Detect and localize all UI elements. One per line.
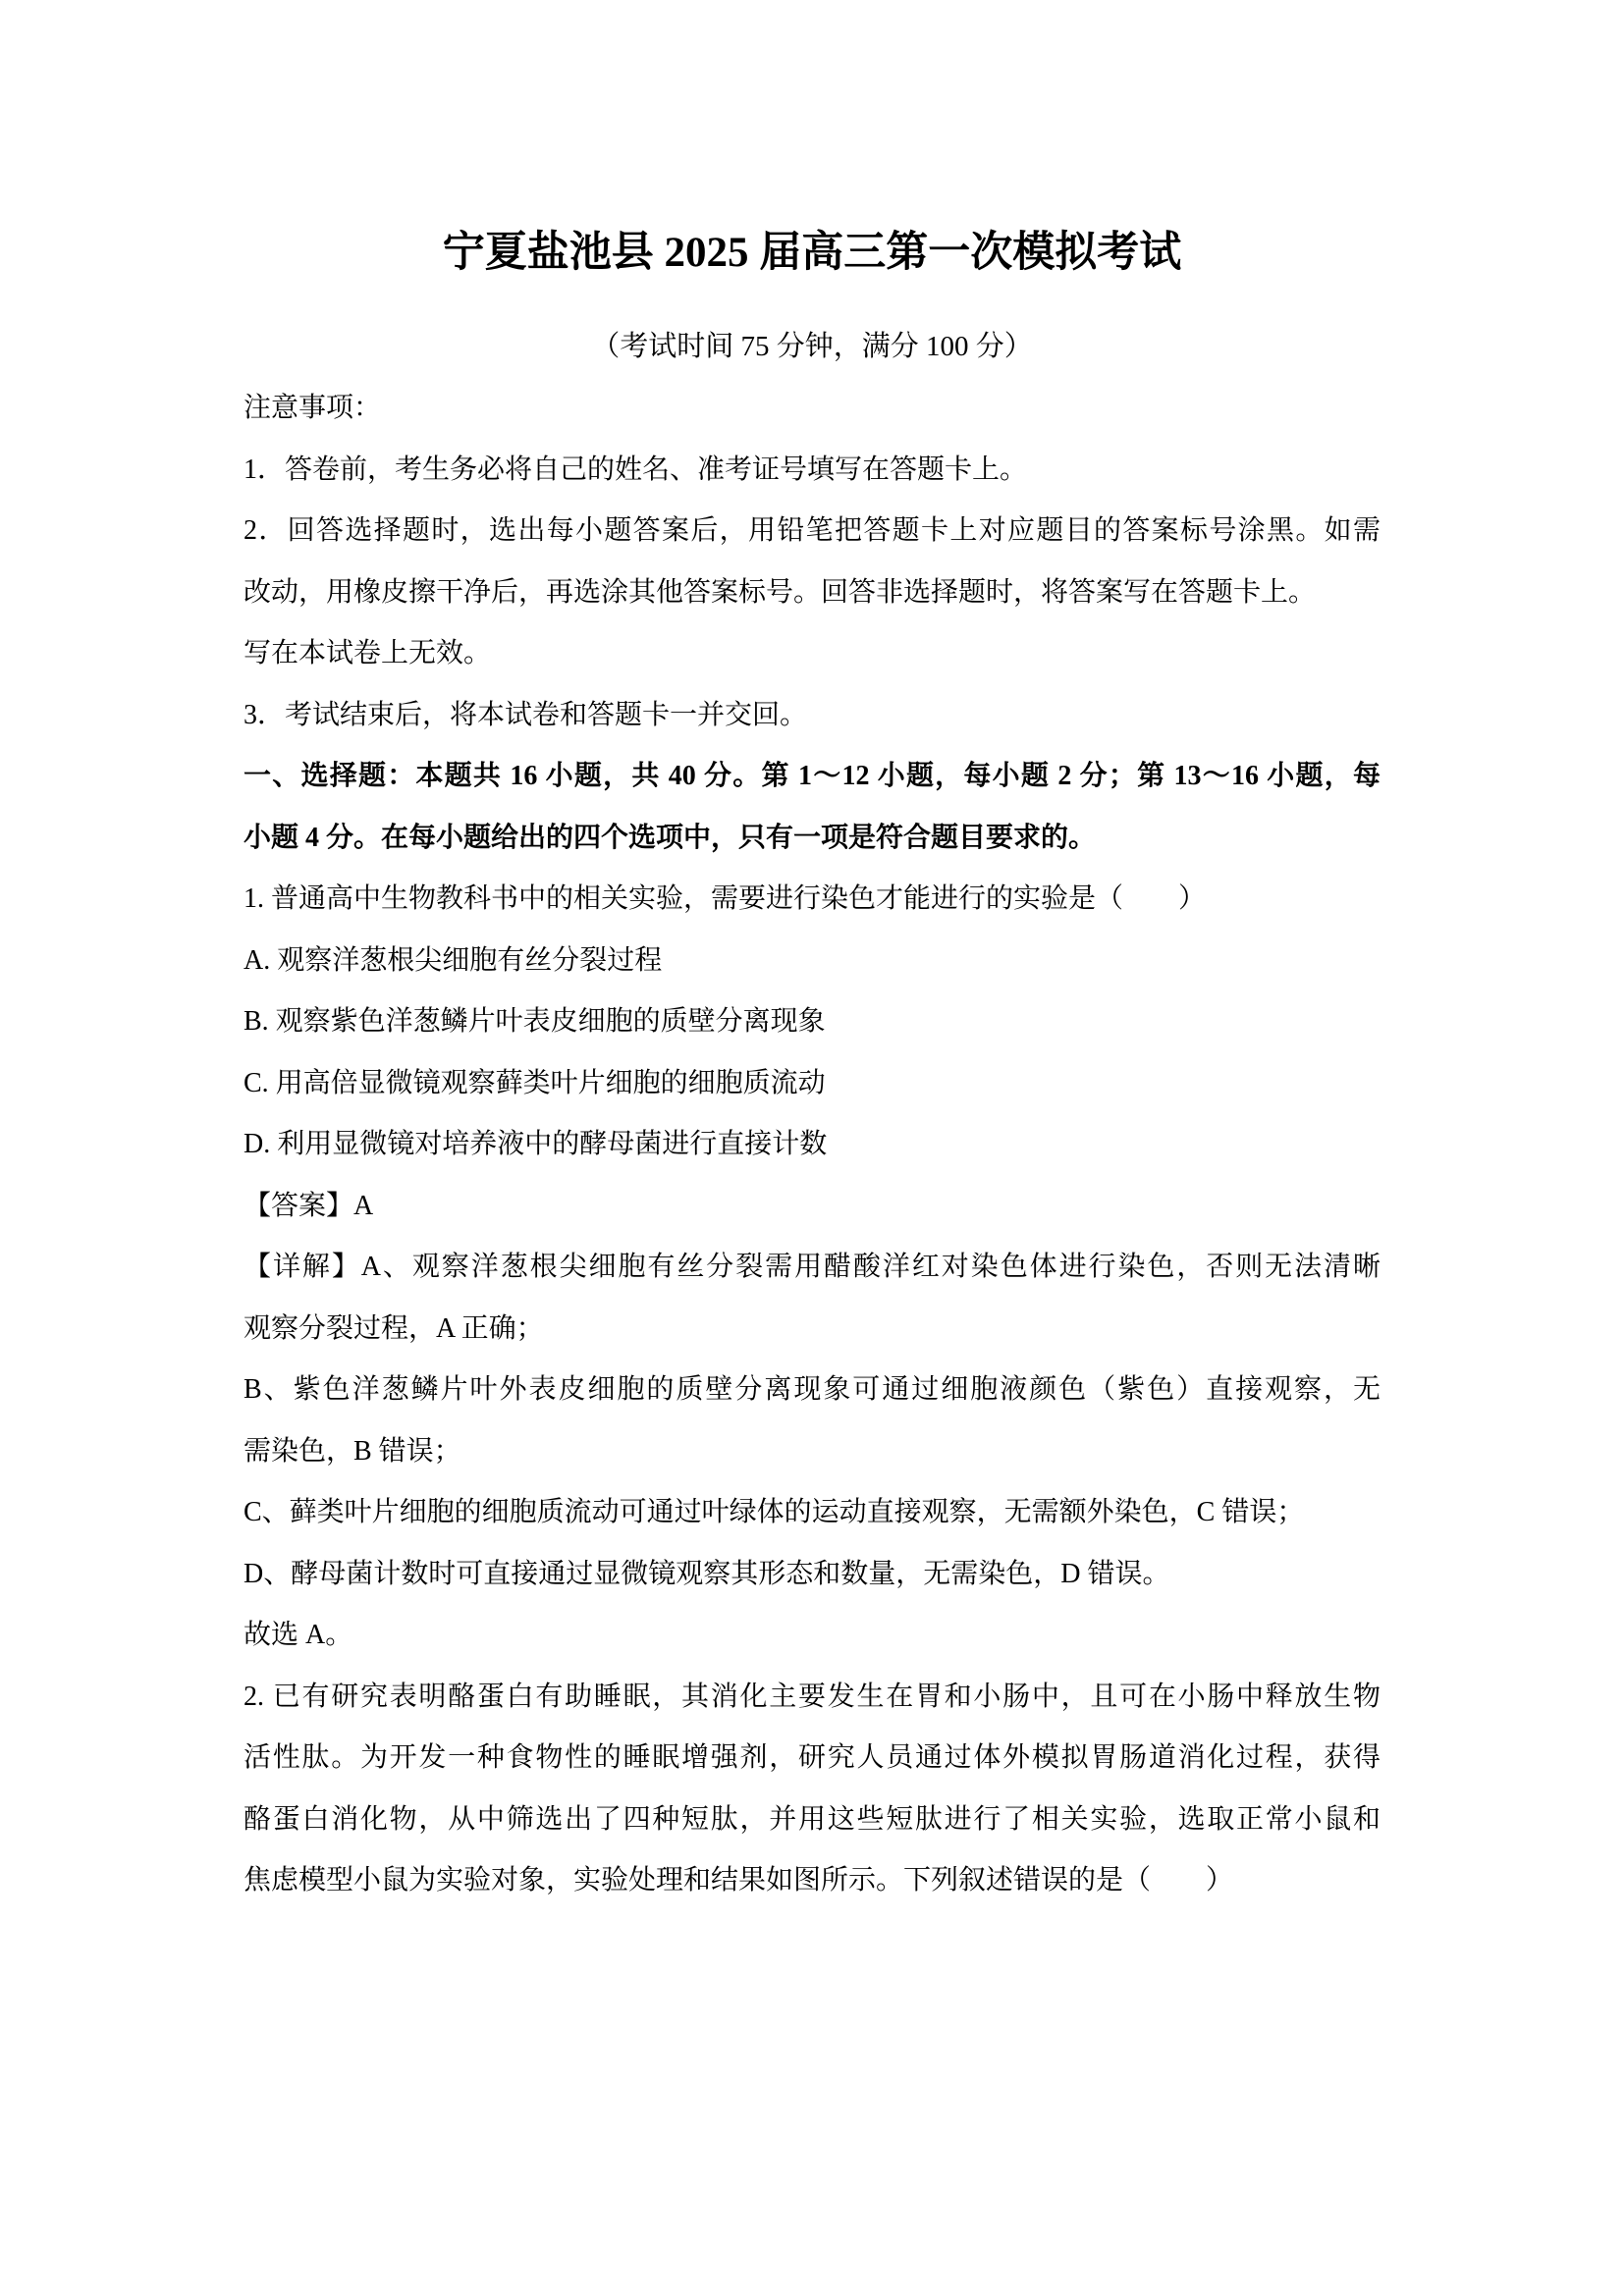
text-line: B. 观察紫色洋葱鳞片叶表皮细胞的质壁分离现象 [244, 1002, 1380, 1064]
text-line: 1．答卷前，考生务必将自己的姓名、准考证号填写在答题卡上。 [244, 451, 1380, 512]
text-line: 写在本试卷上无效。 [244, 634, 1380, 696]
exam-title: 宁夏盐池县 2025 届高三第一次模拟考试 [244, 228, 1380, 279]
text-line: 注意事项： [244, 389, 1380, 451]
text-line: 观察分裂过程，A 正确； [244, 1309, 1380, 1371]
text-line: D、酵母菌计数时可直接通过显微镜观察其形态和数量，无需染色，D 错误。 [244, 1555, 1380, 1617]
text-line: 【答案】A [244, 1187, 1380, 1249]
text-line: C、藓类叶片细胞的细胞质流动可通过叶绿体的运动直接观察，无需额外染色，C 错误； [244, 1493, 1380, 1555]
text-line: 改动，用橡皮擦干净后，再选涂其他答案标号。回答非选择题时，将答案写在答题卡上。 [244, 573, 1380, 635]
text-line: 故选 A。 [244, 1616, 1380, 1678]
document-page: 宁夏盐池县 2025 届高三第一次模拟考试 （考试时间 75 分钟，满分 100… [0, 0, 1624, 2296]
text-line: 2. 已有研究表明酪蛋白有助睡眠，其消化主要发生在胃和小肠中，且可在小肠中释放生… [244, 1678, 1380, 1739]
text-line: 焦虑模型小鼠为实验对象，实验处理和结果如图所示。下列叙述错误的是（ ） [244, 1861, 1380, 1923]
text-line: 活性肽。为开发一种食物性的睡眠增强剂，研究人员通过体外模拟胃肠道消化过程，获得 [244, 1738, 1380, 1800]
text-line: B、紫色洋葱鳞片叶外表皮细胞的质壁分离现象可通过细胞液颜色（紫色）直接观察，无 [244, 1370, 1380, 1432]
exam-info: （考试时间 75 分钟，满分 100 分） [244, 330, 1380, 364]
text-line: D. 利用显微镜对培养液中的酵母菌进行直接计数 [244, 1125, 1380, 1187]
text-line: 3．考试结束后，将本试卷和答题卡一并交回。 [244, 696, 1380, 758]
text-line: 2．回答选择题时，选出每小题答案后，用铅笔把答题卡上对应题目的答案标号涂黑。如需 [244, 511, 1380, 573]
text-line: 小题 4 分。在每小题给出的四个选项中，只有一项是符合题目要求的。 [244, 819, 1380, 881]
text-line: 一、选择题：本题共 16 小题，共 40 分。第 1～12 小题，每小题 2 分… [244, 757, 1380, 819]
text-line: 【详解】A、观察洋葱根尖细胞有丝分裂需用醋酸洋红对染色体进行染色，否则无法清晰 [244, 1248, 1380, 1309]
text-line: 酪蛋白消化物，从中筛选出了四种短肽，并用这些短肽进行了相关实验，选取正常小鼠和 [244, 1800, 1380, 1862]
text-line: C. 用高倍显微镜观察藓类叶片细胞的细胞质流动 [244, 1064, 1380, 1126]
text-line: 需染色，B 错误； [244, 1432, 1380, 1494]
text-line: 1. 普通高中生物教科书中的相关实验，需要进行染色才能进行的实验是（ ） [244, 880, 1380, 941]
text-line: A. 观察洋葱根尖细胞有丝分裂过程 [244, 941, 1380, 1003]
document-lines: 注意事项：1．答卷前，考生务必将自己的姓名、准考证号填写在答题卡上。2．回答选择… [244, 389, 1380, 1923]
